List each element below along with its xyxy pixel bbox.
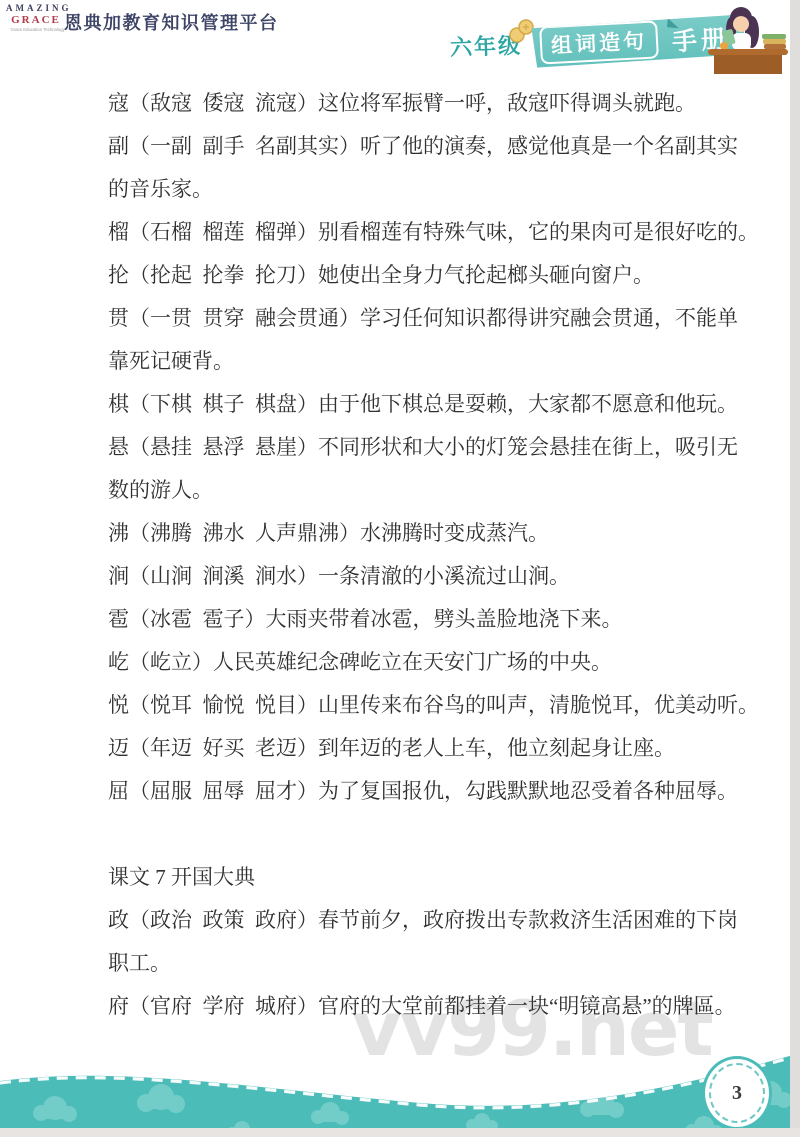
text-line: 副（一副 副手 名副其实）听了他的演奏，感觉他真是一个名副其实: [108, 125, 748, 168]
text-line: 沸（沸腾 沸水 人声鼎沸）水沸腾时变成蒸汽。: [108, 512, 748, 555]
text-line: 政（政治 政策 政府）春节前夕，政府拨出专款救济生活困难的下岗: [108, 899, 748, 942]
reading-girl-illustration: [700, 2, 792, 76]
text-line: 数的游人。: [108, 469, 748, 512]
coins-icon: [508, 18, 536, 46]
text-line: 府（官府 学府 城府）官府的大堂前都挂着一块“明镜高悬”的牌區。: [108, 985, 748, 1028]
banner-title: 组词造句: [539, 20, 659, 64]
page-number: 3: [732, 1082, 742, 1105]
text-line: 职工。: [108, 942, 748, 985]
logo-text-grace: GRACE: [6, 14, 66, 26]
blank-line: [108, 813, 748, 856]
text-line: 屹（屹立）人民英雄纪念碑屹立在天安门广场的中央。: [108, 641, 748, 684]
text-line: 雹（冰雹 雹子）大雨夹带着冰雹，劈头盖脸地浇下来。: [108, 598, 748, 641]
text-line: 的音乐家。: [108, 168, 748, 211]
text-line: 寇（敌寇 倭寇 流寇）这位将军振臂一呼，敌寇吓得调头就跑。: [108, 82, 748, 125]
text-line: 涧（山涧 涧溪 涧水）一条清澈的小溪流过山涧。: [108, 555, 748, 598]
logo-text-amazing: AMAZING: [6, 3, 66, 13]
logo-subtext: Grace Education Technology: [11, 27, 62, 32]
page: AMAZING GRACE Grace Education Technology…: [0, 0, 800, 1137]
text-line: 迈（年迈 好买 老迈）到年迈的老人上车，他立刻起身让座。: [108, 727, 748, 770]
text-line: 榴（石榴 榴莲 榴弹）别看榴莲有特殊气味，它的果肉可是很好吃的。: [108, 211, 748, 254]
text-line: 贯（一贯 贯穿 融会贯通）学习任何知识都得讲究融会贯通，不能单: [108, 297, 748, 340]
right-edge-strip: [790, 0, 800, 1137]
amazing-grace-logo: AMAZING GRACE Grace Education Technology: [6, 3, 66, 33]
bottom-edge-strip: [0, 1128, 800, 1137]
text-line: 靠死记硬背。: [108, 340, 748, 383]
platform-title: 恩典加教育知识管理平台: [64, 9, 279, 35]
text-line: 悬（悬挂 悬浮 悬崖）不同形状和大小的灯笼会悬挂在街上，吸引无: [108, 426, 748, 469]
section-heading: 课文 7 开国大典: [108, 856, 748, 899]
page-number-badge: 3: [702, 1056, 772, 1130]
text-line: 棋（下棋 棋子 棋盘）由于他下棋总是耍赖，大家都不愿意和他玩。: [108, 383, 748, 426]
text-line: 屈（屈服 屈辱 屈才）为了复国报仇，勾践默默地忍受着各种屈辱。: [108, 770, 748, 813]
text-line: 抡（抡起 抡拳 抡刀）她使出全身力气抡起榔头砸向窗户。: [108, 254, 748, 297]
text-line: 悦（悦耳 愉悦 悦目）山里传来布谷鸟的叫声，清脆悦耳，优美动听。: [108, 684, 748, 727]
document-body: 寇（敌寇 倭寇 流寇）这位将军振臂一呼，敌寇吓得调头就跑。 副（一副 副手 名副…: [108, 82, 748, 1028]
